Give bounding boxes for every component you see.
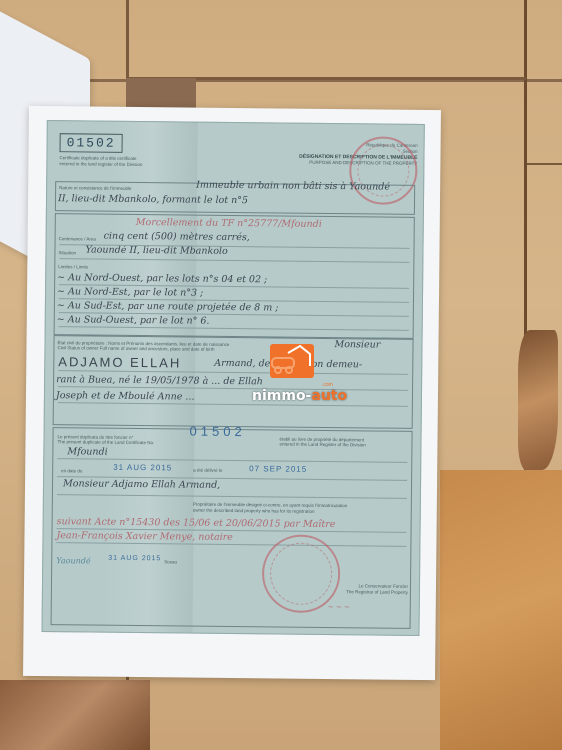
registration-text-en: The present duplicate of the Land Certif… (57, 439, 197, 445)
header-left-line: entered in the land register of the Divi… (59, 161, 169, 168)
register-text-en: entered in the Land Register of the Divi… (279, 442, 409, 448)
date-stamp: 31 AUG 2015 (113, 463, 172, 473)
owner-note-en: owner the described land property who ha… (193, 508, 403, 515)
header-left-text: Certificate duplicate of a title certifi… (59, 155, 169, 168)
tile-crack (518, 330, 558, 470)
floor-tile-orange (440, 470, 562, 750)
deed-line2: Jean-François Xavier Menye, notaire (56, 530, 232, 543)
delivered-date-stamp: 07 SEP 2015 (249, 464, 307, 474)
watermark-text-main: nimmo- (252, 388, 311, 404)
signing-place: Yaoundé (56, 556, 90, 565)
form-rule (57, 458, 407, 463)
division-value: Mfoundi (67, 446, 107, 457)
nature-line1: Immeuble urbain non bâti sis à Yaoundé (196, 180, 390, 193)
limit-line: ~ Au Sud-Ouest, par le lot n° 6. (57, 314, 210, 327)
house-car-logo-icon (270, 344, 314, 378)
nature-label: Nature et consistance de l'immeuble (59, 185, 139, 191)
survey-section: Morcellement du TF n°25777/Mfoundi Conte… (54, 213, 415, 339)
owner-line3: Joseph et de Mboulé Anne ... (56, 390, 195, 402)
limits-label: Limites / Limits (58, 264, 88, 269)
registrar-label-fr: Le Conservateur Foncier (332, 583, 408, 589)
area-value: cinq cent (500) mètres carrés, (104, 231, 250, 244)
delivered-label: a été délivré le (193, 468, 243, 474)
official-stamp-bottom (262, 534, 341, 613)
serial-number: 01502 (60, 133, 123, 153)
registrar-signature: ~ ~ ~ (328, 603, 350, 611)
signing-date-stamp: 31 AUG 2015 (108, 555, 161, 563)
area-label: Contenance / Area (59, 236, 96, 241)
registration-section: Le présent duplicata du titre foncier n°… (51, 427, 413, 629)
nature-line2: II, lieu-dit Mbankolo, formant le lot n°… (58, 193, 248, 206)
form-rule (59, 258, 409, 263)
nature-section: Nature et consistance de l'immeuble Imme… (55, 181, 415, 215)
tile-stain (126, 78, 196, 110)
situation-label: Situation (58, 250, 76, 255)
limit-line: ~ Au Sud-Est, par une route projetée de … (57, 300, 279, 313)
date-label: en date du (61, 468, 82, 473)
owner-name: ADJAMO ELLAH (58, 354, 181, 370)
subdivision-line: Morcellement du TF n°25777/Mfoundi (136, 217, 322, 230)
limit-line: ~ Au Nord-Ouest, par les lots n°s 04 et … (57, 272, 267, 285)
floor-tile-brown (0, 680, 150, 750)
nimmo-auto-watermark: .com nimmo-auto (252, 342, 362, 412)
owner-line2: rant à Buea, né le 19/05/1978 à ... de E… (56, 374, 263, 387)
watermark-text-accent: auto (311, 388, 347, 404)
form-rule (59, 326, 409, 331)
certificate-form: 01502 Certificate duplicate of a title c… (41, 120, 424, 636)
limit-line: ~ Au Nord-Est, par le lot n°3 ; (57, 286, 203, 299)
seal-label: Sceau (164, 559, 177, 564)
tile-grout (527, 163, 562, 165)
land-certificate-sheet: 01502 Certificate duplicate of a title c… (23, 106, 441, 680)
form-rule (57, 494, 407, 499)
watermark-text: nimmo-auto (252, 388, 347, 404)
recipient-name: Monsieur Adjamo Ellah Armand, (63, 478, 220, 491)
certificate-number: 01502 (190, 424, 246, 440)
